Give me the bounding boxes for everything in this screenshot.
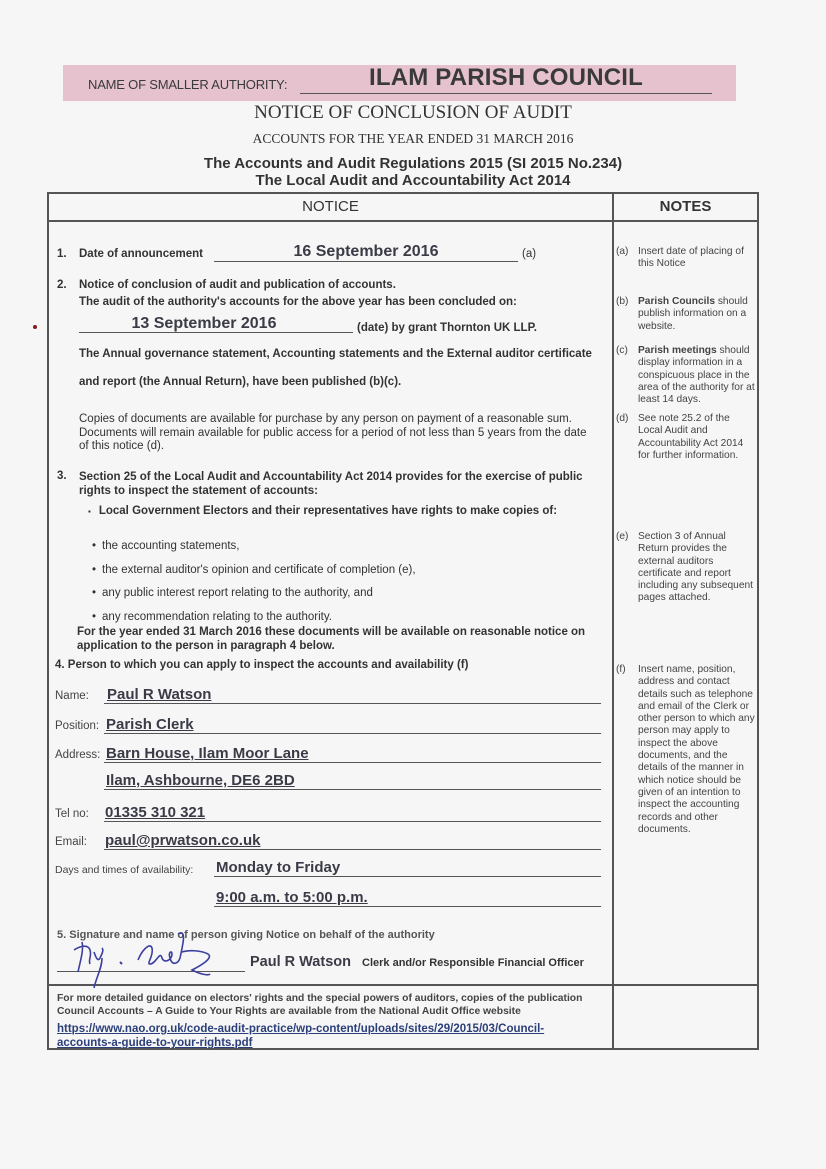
note-d: (d) See note 25.2 of the Local Audit and…	[616, 413, 756, 462]
document-title: NOTICE OF CONCLUSION OF AUDIT	[0, 102, 826, 124]
position-underline	[104, 733, 601, 734]
note-key: (a)	[616, 246, 628, 257]
section-1-number: 1.	[57, 248, 67, 260]
note-f: (f) Insert name, position, address and c…	[616, 664, 756, 836]
note-b: (b) Parish Councils should publish infor…	[616, 296, 756, 333]
availability-days-field: Monday to Friday	[216, 859, 340, 876]
signer-name: Paul R Watson	[250, 954, 351, 970]
regulations-heading: The Accounts and Audit Regulations 2015 …	[0, 155, 826, 189]
copies-line: Copies of documents are available for pu…	[79, 413, 587, 427]
section-3-heading: Section 25 of the Local Audit and Accoun…	[79, 470, 583, 498]
address-line-1-field: Barn House, Ilam Moor Lane	[106, 745, 309, 762]
nao-guide-link[interactable]: https://www.nao.org.uk/code-audit-practi…	[57, 1022, 544, 1050]
signature-icon	[60, 920, 240, 990]
name-field: Paul R Watson	[107, 686, 211, 703]
published-text-1: The Annual governance statement, Account…	[79, 348, 592, 360]
telephone-label: Tel no:	[55, 808, 89, 820]
bullet-icon: •	[92, 540, 96, 552]
announcement-date-underline	[214, 261, 518, 262]
availability-line: application to the person in paragraph 4…	[77, 639, 585, 653]
availability-times-field: 9:00 a.m. to 5:00 p.m.	[216, 889, 368, 906]
section-2-heading: Notice of conclusion of audit and public…	[79, 279, 396, 291]
stray-mark	[33, 325, 37, 329]
bullet-icon: •	[92, 611, 96, 623]
announcement-date-field: 16 September 2016	[214, 243, 518, 261]
bullet-icon: •	[92, 587, 96, 599]
note-key: (e)	[616, 531, 628, 542]
footer-guidance: For more detailed guidance on electors' …	[57, 993, 582, 1018]
notice-column-header: NOTICE	[49, 198, 612, 215]
regulation-line-2: The Local Audit and Accountability Act 2…	[0, 172, 826, 189]
telephone-underline	[104, 821, 601, 822]
announcement-date-label: Date of announcement	[79, 248, 203, 260]
note-e: (e) Section 3 of Annual Return provides …	[616, 531, 756, 605]
note-key: (c)	[616, 345, 628, 356]
email-field: paul@prwatson.co.uk	[105, 832, 260, 849]
document-subtitle: ACCOUNTS FOR THE YEAR ENDED 31 MARCH 201…	[0, 131, 826, 147]
electors-text: Local Government Electors and their repr…	[99, 505, 557, 517]
list-item-text: any public interest report relating to t…	[102, 587, 373, 599]
note-text: Parish meetings should display informati…	[638, 345, 756, 406]
section-3-number: 3.	[57, 470, 67, 482]
address-underline-2	[104, 789, 601, 790]
position-label: Position:	[55, 720, 99, 732]
copies-line: of this notice (d).	[79, 440, 587, 454]
column-divider	[612, 192, 614, 1050]
notes-column-header: NOTES	[614, 198, 757, 215]
audit-date-field: 13 September 2016	[79, 315, 329, 333]
email-underline	[104, 849, 601, 850]
availability-line: For the year ended 31 March 2016 these d…	[77, 625, 585, 639]
email-label: Email:	[55, 836, 87, 848]
copies-line: Documents will remain available for publ…	[79, 427, 587, 441]
list-item-text: the external auditor's opinion and certi…	[102, 564, 416, 576]
auditor-text: (date) by grant Thornton UK LLP.	[357, 322, 537, 334]
note-text: See note 25.2 of the Local Audit and Acc…	[638, 413, 756, 462]
authority-name-field: ILAM PARISH COUNCIL	[300, 64, 712, 92]
documents-list: •the accounting statements, •the externa…	[92, 535, 416, 629]
availability-underline-2	[214, 906, 601, 907]
list-item: •the accounting statements,	[92, 535, 416, 559]
section-4-heading: 4. Person to which you can apply to insp…	[55, 659, 468, 671]
note-c: (c) Parish meetings should display infor…	[616, 345, 756, 406]
note-key: (d)	[616, 413, 628, 424]
address-underline-1	[104, 762, 601, 763]
bullet-icon: •	[92, 564, 96, 576]
link-line: accounts-a-guide-to-your-rights.pdf	[57, 1036, 544, 1050]
published-text-2: and report (the Annual Return), have bee…	[79, 376, 401, 388]
audit-concluded-text: The audit of the authority's accounts fo…	[79, 296, 517, 308]
availability-paragraph: For the year ended 31 March 2016 these d…	[77, 625, 585, 653]
section-2-number: 2.	[57, 279, 67, 291]
header-row-divider	[47, 220, 759, 222]
name-label: Name:	[55, 690, 89, 702]
note-text: Insert name, position, address and conta…	[638, 664, 756, 836]
note-key: (b)	[616, 296, 628, 307]
address-line-2-field: Ilam, Ashbourne, DE6 2BD	[106, 772, 295, 789]
availability-label: Days and times of availability:	[55, 864, 193, 876]
name-underline	[104, 703, 601, 704]
signer-role: Clerk and/or Responsible Financial Offic…	[362, 957, 584, 969]
telephone-field: 01335 310 321	[105, 804, 205, 821]
square-bullet-icon: ▪	[88, 507, 91, 516]
list-item: •any public interest report relating to …	[92, 582, 416, 606]
list-item-text: any recommendation relating to the autho…	[102, 611, 332, 623]
availability-underline-1	[214, 876, 601, 877]
note-text: Insert date of placing of this Notice	[638, 246, 756, 271]
list-item-text: the accounting statements,	[102, 540, 239, 552]
authority-underline	[300, 93, 712, 94]
authority-label: NAME OF SMALLER AUTHORITY:	[88, 77, 287, 92]
note-text: Section 3 of Annual Return provides the …	[638, 531, 756, 605]
note-a: (a) Insert date of placing of this Notic…	[616, 246, 756, 271]
section-3-line: rights to inspect the statement of accou…	[79, 484, 583, 498]
electors-rights-item: ▪Local Government Electors and their rep…	[88, 505, 557, 517]
address-label: Address:	[55, 749, 100, 761]
note-key: (f)	[616, 664, 626, 675]
regulation-line-1: The Accounts and Audit Regulations 2015 …	[0, 155, 826, 172]
list-item: •the external auditor's opinion and cert…	[92, 559, 416, 583]
section-3-line: Section 25 of the Local Audit and Accoun…	[79, 470, 583, 484]
footer-line: Council Accounts – A Guide to Your Right…	[57, 1006, 582, 1019]
announcement-note-ref: (a)	[522, 248, 536, 260]
copies-paragraph: Copies of documents are available for pu…	[79, 413, 587, 454]
position-field: Parish Clerk	[106, 716, 194, 733]
note-text: Parish Councils should publish informati…	[638, 296, 756, 333]
link-line: https://www.nao.org.uk/code-audit-practi…	[57, 1022, 544, 1036]
footer-line: For more detailed guidance on electors' …	[57, 993, 582, 1006]
